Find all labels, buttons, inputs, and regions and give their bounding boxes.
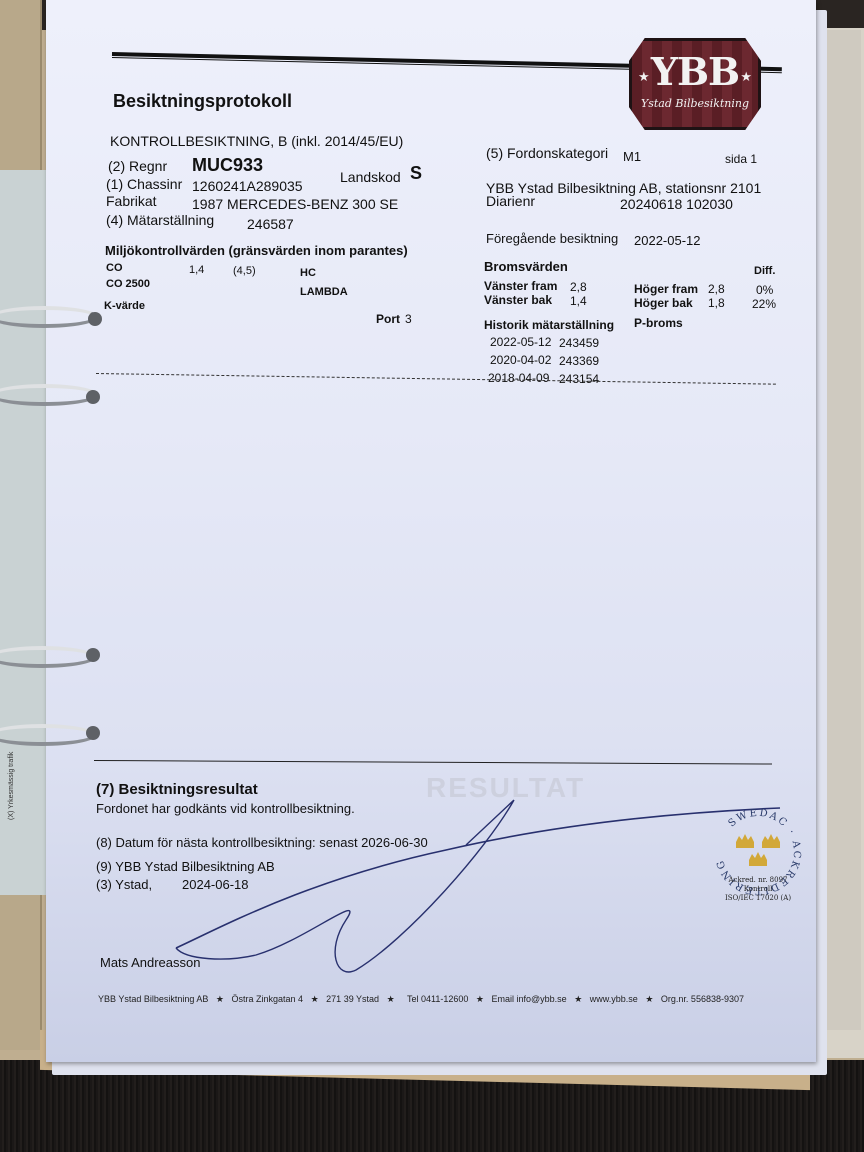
ybb-logo: ★ YBB ★ Ystad Bilbesiktning [629, 38, 761, 130]
fordonskategori-value: M1 [623, 149, 641, 164]
footer-postal: 271 39 Ystad [326, 994, 379, 1004]
co-value: 1,4 [189, 264, 204, 276]
footer-web: www.ybb.se [590, 994, 638, 1004]
brake-right-rear-label: Höger bak [634, 296, 693, 310]
brake-left-front-value: 2,8 [570, 280, 587, 294]
star-separator-icon: ★ [216, 994, 224, 1004]
pbroms-label: P-broms [634, 316, 683, 330]
kvarde-label: K-värde [104, 300, 145, 312]
brake-rear-diff: 22% [752, 297, 776, 311]
history-date: 2020-04-02 [490, 353, 551, 367]
co-limit: (4,5) [233, 265, 256, 277]
punch-hole [86, 390, 100, 404]
history-value: 243154 [559, 372, 599, 386]
chassinr-label: (1) Chassinr [106, 176, 182, 192]
history-date: 2018-04-09 [488, 371, 549, 385]
section-divider [96, 373, 776, 385]
regnr-value: MUC933 [192, 155, 263, 176]
swedac-details: Ackred. nr. 8097 Kontroll ISO/IEC 17020 … [693, 876, 823, 903]
brake-right-front-label: Höger fram [634, 282, 698, 296]
fordonskategori-label: (5) Fordonskategori [486, 145, 608, 161]
hc-label: HC [300, 267, 316, 279]
odometer-history-heading: Historik mätarställning [484, 318, 614, 332]
brakes-heading: Bromsvärden [484, 259, 568, 274]
brake-left-rear-value: 1,4 [570, 294, 587, 308]
star-separator-icon: ★ [574, 994, 582, 1004]
brake-left-front-label: Vänster fram [484, 279, 557, 293]
chassinr-value: 1260241A289035 [192, 178, 303, 194]
matarstallning-label: (4) Mätarställning [106, 212, 214, 228]
regnr-label: (2) Regnr [108, 158, 167, 174]
star-separator-icon: ★ [645, 994, 653, 1004]
page-title: Besiktningsprotokoll [113, 91, 292, 112]
brake-right-rear-value: 1,8 [708, 296, 725, 310]
brake-left-rear-label: Vänster bak [484, 293, 552, 307]
brake-right-front-value: 2,8 [708, 282, 725, 296]
punch-hole [88, 312, 102, 326]
swedac-standard: ISO/IEC 17020 (A) [693, 894, 823, 903]
star-separator-icon: ★ [476, 994, 484, 1004]
star-separator-icon: ★ [387, 994, 395, 1004]
footer-address: Östra Zinkgatan 4 [232, 994, 304, 1004]
star-separator-icon: ★ [311, 994, 319, 1004]
fabrikat-value: 1987 MERCEDES-BENZ 300 SE [192, 196, 398, 212]
matarstallning-value: 246587 [247, 216, 294, 232]
punch-hole [86, 726, 100, 740]
history-value: 243459 [559, 336, 599, 350]
pocket-label: (X) Yrkesmässig trafik [8, 752, 15, 820]
lambda-label: LAMBDA [300, 286, 348, 298]
foregaende-value: 2022-05-12 [634, 233, 701, 248]
diarienr-label: Diarienr [486, 193, 535, 209]
logo-subtitle: Ystad Bilbesiktning [632, 97, 758, 110]
port-label: Port [376, 312, 400, 326]
fabrikat-label: Fabrikat [106, 193, 157, 209]
foregaende-label: Föregående besiktning [486, 231, 618, 246]
footer-company: YBB Ystad Bilbesiktning AB [98, 994, 208, 1004]
diarienr-value: 20240618 102030 [620, 196, 733, 212]
co-label: CO [106, 262, 123, 274]
port-value: 3 [405, 312, 412, 326]
footer: YBB Ystad Bilbesiktning AB ★ Östra Zinkg… [98, 994, 744, 1005]
diff-label: Diff. [754, 265, 775, 277]
footer-orgnr: Org.nr. 556838-9307 [661, 994, 744, 1004]
star-icon: ★ [740, 69, 752, 85]
landskod-label: Landskod [340, 169, 401, 185]
brake-front-diff: 0% [756, 283, 773, 297]
landskod-value: S [410, 163, 422, 184]
result-divider [94, 760, 772, 765]
swedac-type: Kontroll [693, 885, 823, 894]
co2500-label: CO 2500 [106, 278, 150, 290]
punch-hole [86, 648, 100, 662]
swedac-accreditation-number: Ackred. nr. 8097 [693, 876, 823, 885]
emissions-heading: Miljökontrollvärden (gränsvärden inom pa… [105, 243, 408, 258]
inspection-protocol-page: RESULTAT ★ YBB ★ Ystad Bilbesiktning Bes… [46, 0, 816, 1062]
footer-email: Email info@ybb.se [492, 994, 567, 1004]
history-value: 243369 [559, 354, 599, 368]
footer-phone: Tel 0411-12600 [407, 994, 468, 1004]
logo-text: YBB [632, 49, 758, 94]
inspection-type: KONTROLLBESIKTNING, B (inkl. 2014/45/EU) [110, 133, 403, 149]
history-date: 2022-05-12 [490, 335, 551, 349]
page-number: sida 1 [725, 152, 757, 166]
